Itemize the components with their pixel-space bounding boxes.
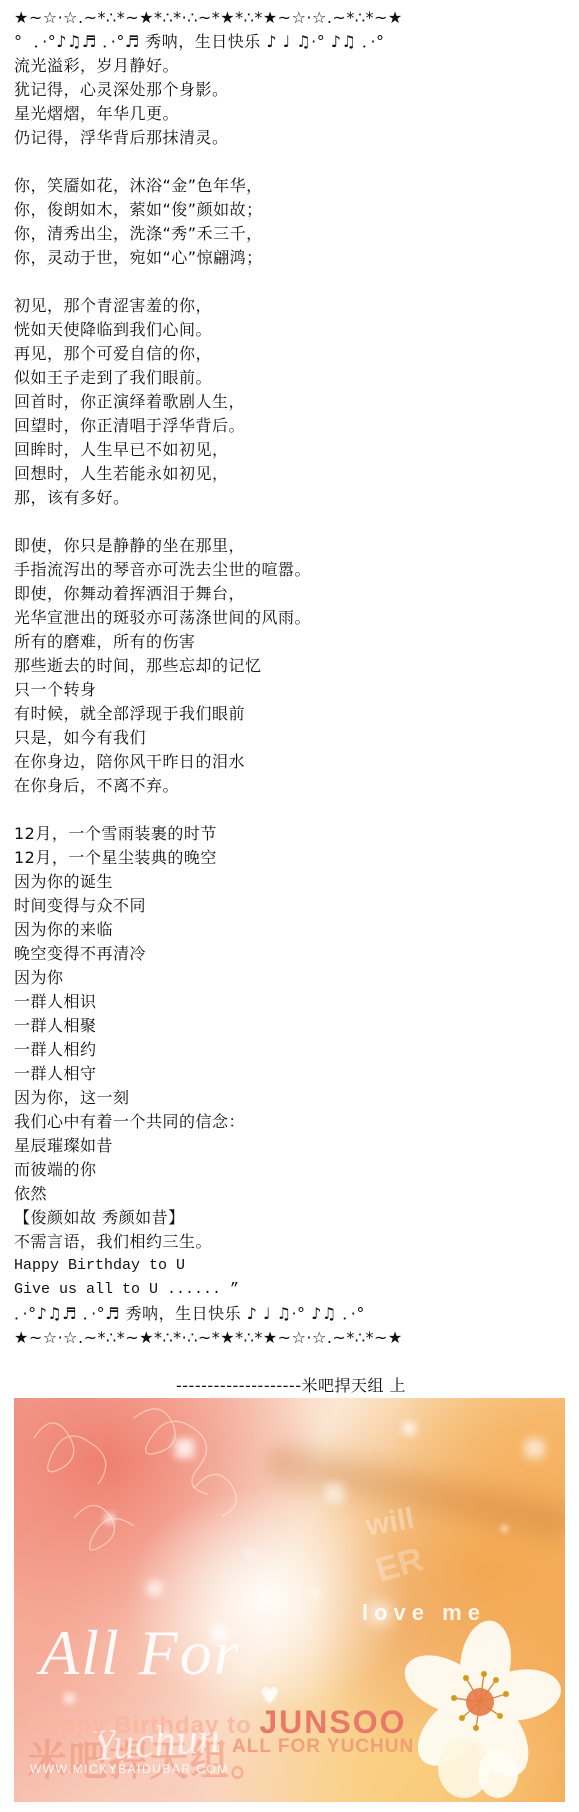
all-for-script-text: All For bbox=[40, 1616, 241, 1690]
poem-line: 回望时，你正清唱于浮华背后。 bbox=[14, 414, 579, 438]
poem-line: 而彼端的你 bbox=[14, 1158, 579, 1182]
poem-line: Give us all to U ...... ” bbox=[14, 1278, 579, 1302]
poem-line: 星辰璀璨如昔 bbox=[14, 1134, 579, 1158]
poem-line: 流光溢彩，岁月静好。 bbox=[14, 54, 579, 78]
poem-line: ．·°♪♫♬ ．·°♬ 秀呐，生日快乐 ♪ ♩ ♫·° ♪♫ ．·° bbox=[14, 1302, 579, 1326]
poem-line: 所有的磨难，所有的伤害 bbox=[14, 630, 579, 654]
poem-line: 只一个转身 bbox=[14, 678, 579, 702]
poem-line: 回眸时，人生早已不如初见， bbox=[14, 438, 579, 462]
poem-line: 一群人相聚 bbox=[14, 1014, 579, 1038]
poem-line: Happy Birthday to U bbox=[14, 1254, 579, 1278]
poem-line: 回想时，人生若能永如初见， bbox=[14, 462, 579, 486]
poem-line: 光华宣泄出的斑驳亦可荡涤世间的风雨。 bbox=[14, 606, 579, 630]
poem-line: 依然 bbox=[14, 1182, 579, 1206]
poem-line bbox=[14, 798, 579, 822]
poem-line: 你，俊朗如木，萦如“俊”颜如故； bbox=[14, 198, 579, 222]
poem-line: 晚空变得不再清冷 bbox=[14, 942, 579, 966]
poem-line: 回首时，你正演绎着歌剧人生， bbox=[14, 390, 579, 414]
swirl-lines bbox=[14, 1398, 354, 1638]
all-for-yuchun-text: ALL FOR YUCHUN bbox=[232, 1736, 414, 1758]
poem-line bbox=[14, 510, 579, 534]
poem-line: 手指流泻出的琴音亦可洗去尘世的喧嚣。 bbox=[14, 558, 579, 582]
signature-line: --------------------米吧捍天组 上 bbox=[0, 1374, 579, 1398]
poem-line: 因为你的来临 bbox=[14, 918, 579, 942]
poem-line: ★~☆·☆.~*∴*~★*∴*·∴~*★*∴*★~☆·☆.~*∴*~★ bbox=[14, 1326, 579, 1350]
poem-line: 在你身后，不离不弃。 bbox=[14, 774, 579, 798]
poem-line: 一群人相守 bbox=[14, 1062, 579, 1086]
birthday-banner-image[interactable]: will ER love me All For ♥ WWW.MICKYBAIDU… bbox=[14, 1398, 565, 1802]
poem-line: 再见，那个可爱自信的你， bbox=[14, 342, 579, 366]
birthday-name-text: JUNSOO bbox=[259, 1704, 406, 1740]
poem-line: 时间变得与众不同 bbox=[14, 894, 579, 918]
poem-line: 因为你的诞生 bbox=[14, 870, 579, 894]
poem-line: 我们心中有着一个共同的信念： bbox=[14, 1110, 579, 1134]
poem-line: 仍记得，浮华背后那抹清灵。 bbox=[14, 126, 579, 150]
poem: ★~☆·☆.~*∴*~★*∴*·∴~*★*∴*★~☆·☆.~*∴*~★° ．·°… bbox=[0, 0, 579, 1374]
poem-line: 你，清秀出尘，洗涤“秀”禾三千， bbox=[14, 222, 579, 246]
poem-line: 因为你 bbox=[14, 966, 579, 990]
poem-line: 有时候，就全部浮现于我们眼前 bbox=[14, 702, 579, 726]
poem-line bbox=[14, 150, 579, 174]
poem-line bbox=[14, 1350, 579, 1374]
poem-line: 在你身边，陪你风干昨日的泪水 bbox=[14, 750, 579, 774]
poem-line: 即使，你只是静静的坐在那里， bbox=[14, 534, 579, 558]
poem-line: 初见，那个青涩害羞的你， bbox=[14, 294, 579, 318]
poem-line: 12月，一个星尘装典的晚空 bbox=[14, 846, 579, 870]
blossom-flower-icon bbox=[402, 1616, 565, 1802]
poem-line: 那，该有多好。 bbox=[14, 486, 579, 510]
poem-line: 那些逝去的时间，那些忘却的记忆 bbox=[14, 654, 579, 678]
poem-line: ° ．·°♪♫♬ ．·°♬ 秀呐，生日快乐 ♪ ♩ ♫·° ♪♫ ．·° bbox=[14, 30, 579, 54]
poem-line: 一群人相识 bbox=[14, 990, 579, 1014]
poem-line bbox=[14, 270, 579, 294]
poem-line: 不需言语，我们相约三生。 bbox=[14, 1230, 579, 1254]
poem-line: ★~☆·☆.~*∴*~★*∴*·∴~*★*∴*★~☆·☆.~*∴*~★ bbox=[14, 6, 579, 30]
poem-line: 你，灵动于世，宛如“心”惊翩鸿； bbox=[14, 246, 579, 270]
birthday-prefix-text: Happy Birthday to bbox=[28, 1712, 259, 1739]
watermark-text: WWW.MICKYBAIDUBAR.COM bbox=[30, 1762, 229, 1776]
poem-line: 你，笑靥如花，沐浴“金”色年华， bbox=[14, 174, 579, 198]
poem-line: 犹记得，心灵深处那个身影。 bbox=[14, 78, 579, 102]
poem-line: 因为你，这一刻 bbox=[14, 1086, 579, 1110]
poem-line: 【俊颜如故 秀颜如昔】 bbox=[14, 1206, 579, 1230]
poem-line: 即使，你舞动着挥洒泪于舞台， bbox=[14, 582, 579, 606]
poem-line: 似如王子走到了我们眼前。 bbox=[14, 366, 579, 390]
poem-line: 恍如天使降临到我们心间。 bbox=[14, 318, 579, 342]
poem-line: 星光熠熠，年华几更。 bbox=[14, 102, 579, 126]
poem-line: 只是，如今有我们 bbox=[14, 726, 579, 750]
poem-line: 一群人相约 bbox=[14, 1038, 579, 1062]
poem-line: 12月，一个雪雨装裹的时节 bbox=[14, 822, 579, 846]
